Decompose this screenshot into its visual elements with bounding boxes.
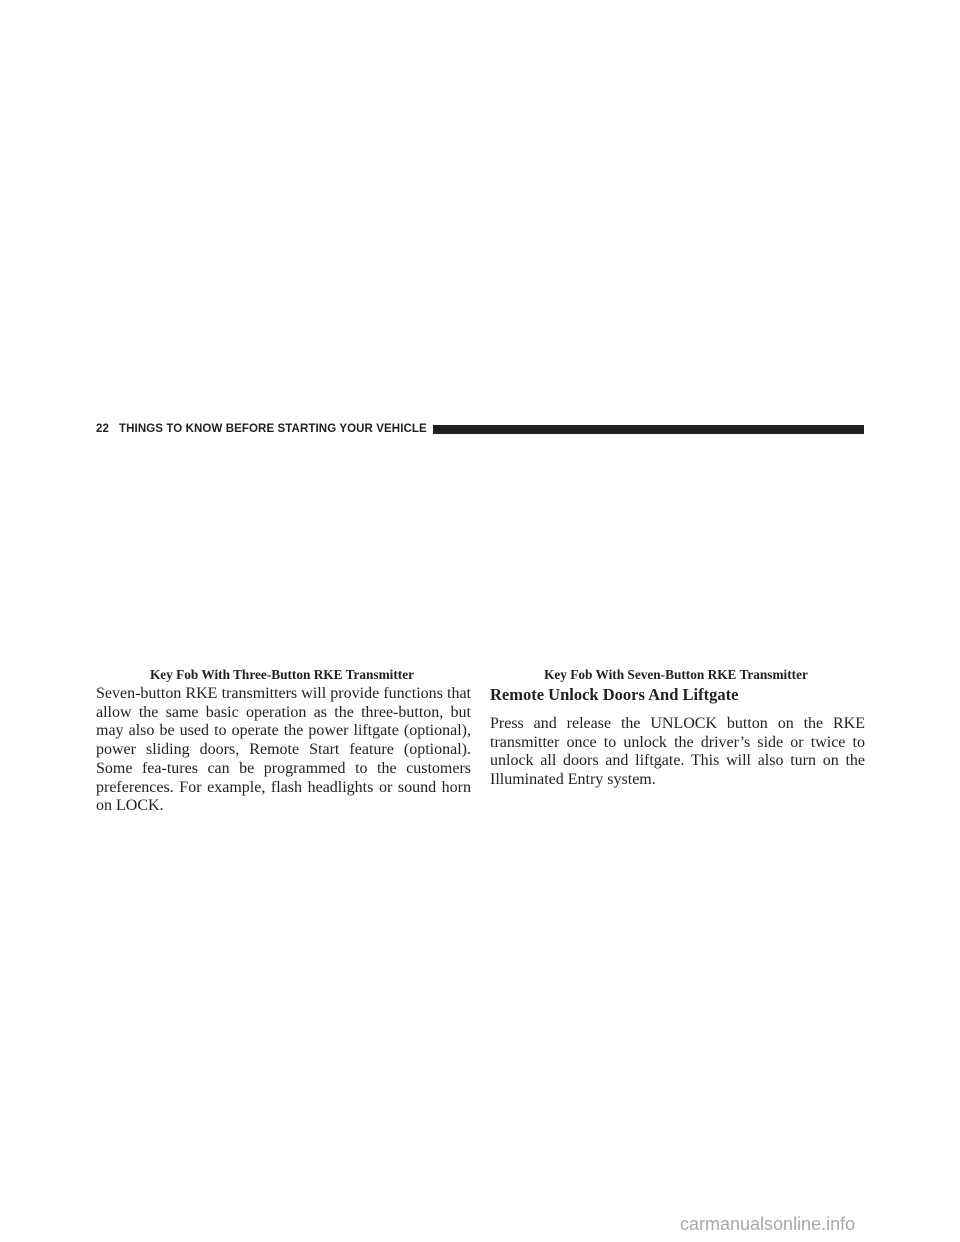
figure-caption-seven-button: Key Fob With Seven-Button RKE Transmitte… (490, 667, 862, 683)
left-column: Seven-button RKE transmitters will provi… (96, 685, 471, 816)
watermark: carmanualsonline.info (680, 1214, 855, 1235)
figure-caption-three-button: Key Fob With Three-Button RKE Transmitte… (96, 667, 468, 683)
running-head: 22THINGS TO KNOW BEFORE STARTING YOUR VE… (96, 423, 427, 435)
header-rule (433, 425, 864, 434)
right-column: Remote Unlock Doors And Liftgate Press a… (490, 685, 865, 790)
page-header: 22THINGS TO KNOW BEFORE STARTING YOUR VE… (96, 420, 864, 438)
body-paragraph: Seven-button RKE transmitters will provi… (96, 685, 471, 816)
body-paragraph: Press and release the UNLOCK button on t… (490, 715, 865, 790)
section-heading: Remote Unlock Doors And Liftgate (490, 685, 865, 705)
section-title: THINGS TO KNOW BEFORE STARTING YOUR VEHI… (119, 423, 427, 435)
page-number: 22 (96, 423, 109, 435)
